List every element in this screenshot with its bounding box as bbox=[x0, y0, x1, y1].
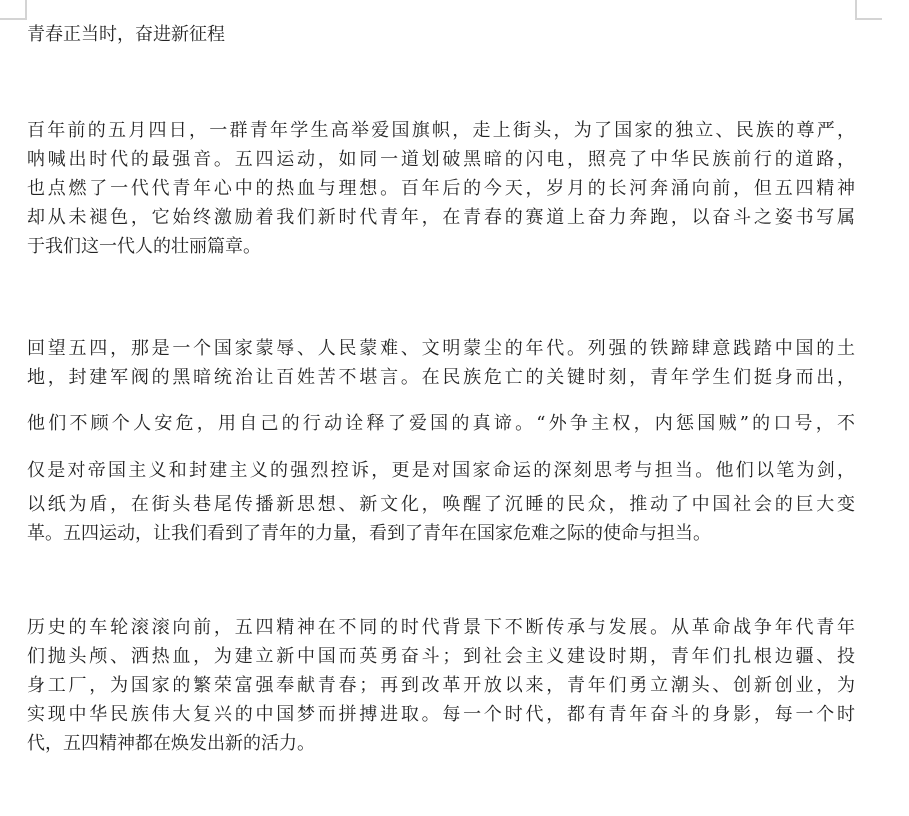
paragraph-line: 仅是对帝国主义和封建主义的强烈控诉，更是对国家命运的深刻思考与担当。他们以笔为剑… bbox=[27, 460, 855, 482]
document-title: 青春正当时，奋进新征程 bbox=[27, 24, 225, 46]
paragraph-line: 们抛头颅、洒热血，为建立新中国而英勇奋斗；到社会主义建设时期，青年们扎根边疆、投 bbox=[27, 646, 855, 668]
paragraph-line: 也点燃了一代代青年心中的热血与理想。百年后的今天，岁月的长河奔涌向前，但五四精神 bbox=[27, 178, 855, 200]
paragraph-line: 以纸为盾，在街头巷尾传播新思想、新文化，唤醒了沉睡的民众，推动了中国社会的巨大变 bbox=[27, 494, 855, 516]
paragraph-line: 实现中华民族伟大复兴的中国梦而拼搏进取。每一个时代，都有青年奋斗的身影，每一个时 bbox=[27, 704, 855, 726]
paragraph-line: 却从未褪色，它始终激励着我们新时代青年，在青春的赛道上奋力奔跑，以奋斗之姿书写属 bbox=[27, 207, 855, 229]
paragraph-line: 回望五四，那是一个国家蒙辱、人民蒙难、文明蒙尘的年代。列强的铁蹄肆意践踏中国的土 bbox=[27, 338, 855, 360]
paragraph-line: 代，五四精神都在焕发出新的活力。 bbox=[27, 733, 315, 755]
paragraph-line: 于我们这一代人的壮丽篇章。 bbox=[27, 236, 261, 258]
paragraph-line: 历史的车轮滚滚向前，五四精神在不同的时代背景下不断传承与发展。从革命战争年代青年 bbox=[27, 617, 855, 639]
paragraph-line: 地，封建军阀的黑暗统治让百姓苦不堪言。在民族危亡的关键时刻，青年学生们挺身而出， bbox=[27, 367, 855, 389]
paragraph-line: 他们不顾个人安危，用自己的行动诠释了爱国的真谛。“外争主权，内惩国贼”的口号，不 bbox=[27, 413, 855, 435]
paragraph-line: 呐喊出时代的最强音。五四运动，如同一道划破黑暗的闪电，照亮了中华民族前行的道路， bbox=[27, 149, 855, 171]
page-corner-mark-top-right bbox=[855, 0, 882, 20]
paragraph-line: 身工厂，为国家的繁荣富强奉献青春；再到改革开放以来，青年们勇立潮头、创新创业，为 bbox=[27, 675, 855, 697]
paragraph-line: 百年前的五月四日，一群青年学生高举爱国旗帜，走上街头，为了国家的独立、民族的尊严… bbox=[27, 120, 855, 142]
page-corner-mark-top-left bbox=[0, 0, 27, 20]
paragraph-line: 革。五四运动，让我们看到了青年的力量，看到了青年在国家危难之际的使命与担当。 bbox=[27, 523, 711, 545]
